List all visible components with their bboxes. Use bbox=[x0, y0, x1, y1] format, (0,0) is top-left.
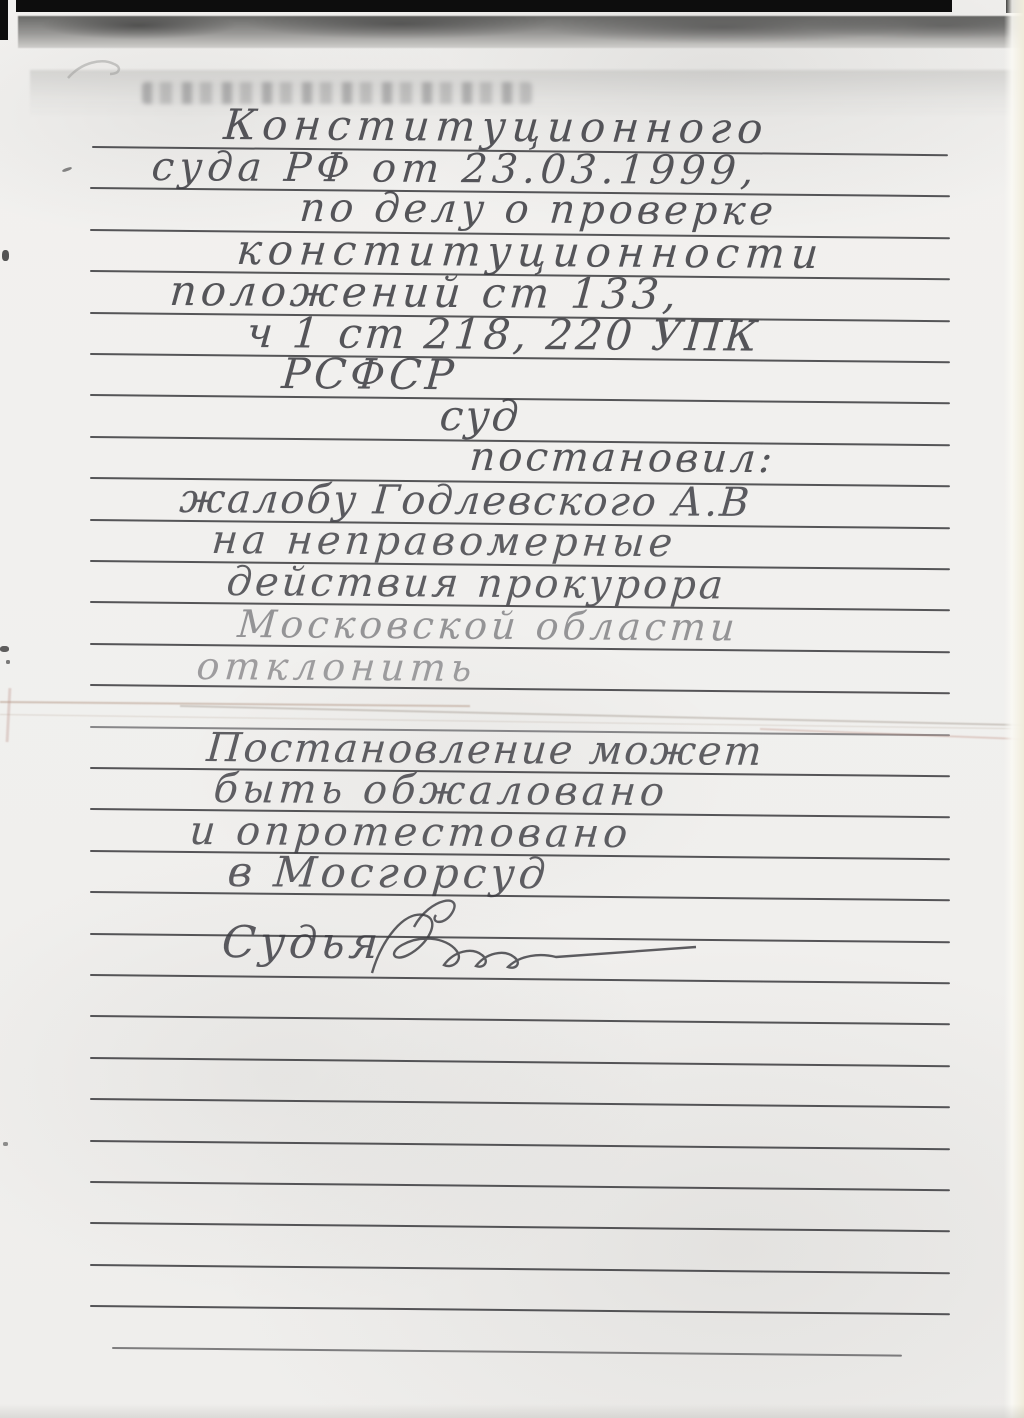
handwritten-line: РСФСР bbox=[280, 349, 459, 399]
ruled-line bbox=[90, 1015, 950, 1025]
paper-speck bbox=[0, 646, 9, 652]
ruled-line bbox=[90, 1140, 950, 1150]
handwritten-line: действия прокурора bbox=[225, 559, 728, 608]
paper-speck bbox=[6, 660, 10, 664]
ruled-line bbox=[90, 1222, 950, 1232]
paper-speck bbox=[2, 250, 9, 261]
paper-speck bbox=[62, 166, 72, 172]
handwritten-line: Московской области bbox=[236, 602, 740, 649]
handwritten-line: отклонить bbox=[195, 644, 478, 690]
judge-signature bbox=[352, 893, 732, 993]
paper-speck bbox=[3, 1142, 8, 1146]
handwritten-line: постановил: bbox=[468, 434, 777, 482]
photocopy-band bbox=[18, 16, 1024, 48]
scanned-document-page: Конституционногосуда РФ от 23.03.1999,по… bbox=[0, 0, 1024, 1418]
ruled-line bbox=[90, 1098, 950, 1108]
ruled-line bbox=[112, 1347, 902, 1357]
scan-edge-top bbox=[16, 0, 952, 12]
ruled-line bbox=[90, 1057, 950, 1067]
ghost-pen-mark bbox=[62, 52, 142, 86]
scan-edge-top-left-sliver bbox=[0, 0, 8, 40]
paper-edge-right bbox=[1004, 0, 1024, 1418]
handwritten-line: в Мосгорсуд bbox=[226, 847, 551, 898]
ruled-line bbox=[90, 1305, 950, 1315]
ruled-line bbox=[90, 1181, 950, 1191]
paper-edge-bottom bbox=[0, 1404, 1024, 1418]
ruled-line bbox=[90, 1264, 950, 1274]
